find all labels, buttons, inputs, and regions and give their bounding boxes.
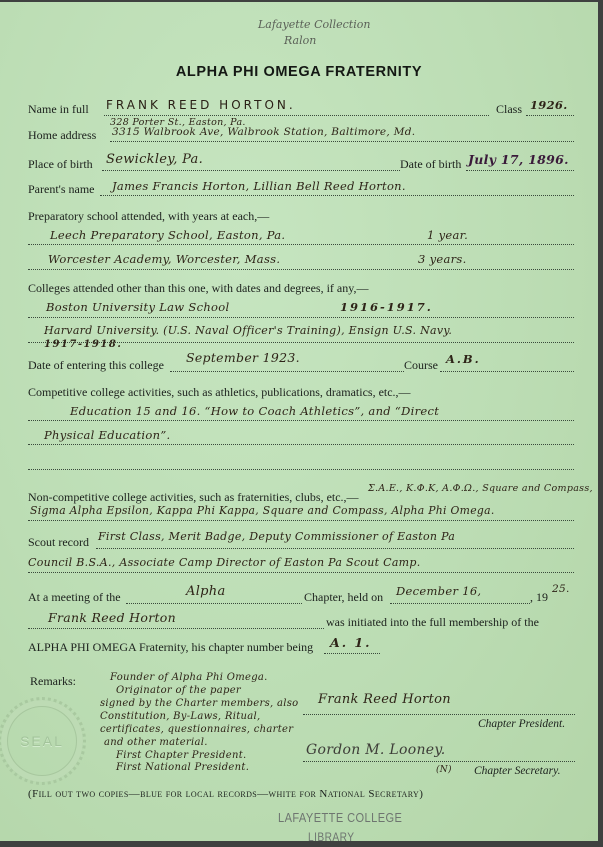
date-of-birth-label: Date of birth <box>400 157 461 172</box>
prep-school-1-years: 1 year. <box>427 228 468 242</box>
college-2: Harvard University. (U.S. Naval Officer'… <box>44 324 452 337</box>
remarks-label: Remarks: <box>30 674 76 689</box>
prep-school-line-1 <box>28 244 574 245</box>
secretary-line <box>303 761 575 762</box>
seal-text: SEAL <box>20 733 64 749</box>
chapter-held-label: Chapter, held on <box>304 590 383 605</box>
initiated-text: was initiated into the full membership o… <box>326 615 539 630</box>
scout-record-line2: Council B.S.A., Associate Camp Director … <box>28 556 421 569</box>
remarks-line-4: Constitution, By-Laws, Ritual, <box>100 711 261 722</box>
class-label: Class <box>496 102 522 117</box>
colleges-label: Colleges attended other than this one, w… <box>28 281 368 296</box>
secretary-role: Chapter Secretary. <box>474 765 560 777</box>
home-address-line <box>110 141 574 142</box>
date-of-birth-value: July 17, 1896. <box>468 152 569 167</box>
remarks-line-2: Originator of the paper <box>116 685 241 696</box>
college-2-dates: 1917-1918. <box>44 339 122 350</box>
non-competitive-inline: Σ.Α.Ε., Κ.Φ.Κ, Α.Φ.Ω., Square and Compas… <box>368 483 593 494</box>
remarks-line-1: Founder of Alpha Phi Omega. <box>110 672 268 683</box>
prep-school-label: Preparatory school attended, with years … <box>28 209 269 224</box>
year-prefix: , 19 <box>530 590 548 605</box>
parents-name-label: Parent's name <box>28 182 94 197</box>
secretary-mark: (N) <box>436 765 452 775</box>
chapter-number: A. 1. <box>330 635 371 650</box>
competitive-dots-2 <box>28 444 574 445</box>
prep-school-line-2 <box>28 269 574 270</box>
place-of-birth-label: Place of birth <box>28 157 93 172</box>
embossed-seal: SEAL <box>0 697 86 785</box>
non-competitive-dots <box>28 520 574 521</box>
remarks-line-5: certificates, questionnaires, charter <box>100 724 293 735</box>
date-line <box>390 603 530 604</box>
fraternity-text: ALPHA PHI OMEGA Fraternity, his chapter … <box>28 640 313 655</box>
date-entering-value: September 1923. <box>186 350 300 365</box>
course-value: A.B. <box>446 352 481 366</box>
president-line <box>303 714 575 715</box>
course-label: Course <box>404 358 438 373</box>
name-label: Name in full <box>28 102 89 117</box>
competitive-label: Competitive college activities, such as … <box>28 385 411 400</box>
year-suffix: 25. <box>552 583 570 595</box>
date-of-birth-line <box>466 170 574 171</box>
competitive-line1: Education 15 and 16. “How to Coach Athle… <box>70 404 439 418</box>
archive-note-line2: Ralon <box>284 34 316 47</box>
place-of-birth-line <box>102 170 400 171</box>
remarks-line-6: and other material. <box>104 737 208 748</box>
prep-school-2: Worcester Academy, Worcester, Mass. <box>48 252 280 266</box>
membership-form: Lafayette Collection Ralon ALPHA PHI OME… <box>0 2 598 841</box>
chapter-number-line <box>324 653 380 654</box>
competitive-line2: Physical Education”. <box>44 428 170 442</box>
remarks-line-7: First Chapter President. <box>116 750 247 761</box>
meeting-date: December 16, <box>396 584 481 598</box>
date-entering-line <box>170 371 404 372</box>
member-name: Frank Reed Horton <box>48 610 176 625</box>
competitive-dots-3 <box>28 469 574 470</box>
footer-note: (Fill out two copies—blue for local reco… <box>28 788 423 800</box>
meeting-prefix: At a meeting of the <box>28 590 121 605</box>
name-line <box>104 115 489 116</box>
remarks-line-8: First National President. <box>116 762 249 773</box>
name-value: FRANK REED HORTON. <box>106 98 296 112</box>
scout-record-label: Scout record <box>28 535 89 550</box>
prep-school-1: Leech Preparatory School, Easton, Pa. <box>50 228 285 242</box>
chapter-name: Alpha <box>186 584 226 599</box>
scout-record-line1: First Class, Merit Badge, Deputy Commiss… <box>98 530 455 543</box>
college-1: Boston University Law School <box>46 300 229 314</box>
non-competitive-label: Non-competitive college activities, such… <box>28 490 359 505</box>
scout-record-line <box>96 548 574 549</box>
form-title: ALPHA PHI OMEGA FRATERNITY <box>0 64 598 80</box>
competitive-dots-1 <box>28 420 574 421</box>
college-1-dates: 1916-1917. <box>340 300 433 314</box>
class-line <box>526 115 574 116</box>
date-entering-label: Date of entering this college <box>28 358 164 373</box>
archive-note-line1: Lafayette Collection <box>258 18 370 31</box>
library-stamp-line2: LIBRARY <box>308 830 354 844</box>
colleges-line-1 <box>28 317 574 318</box>
parents-name-value: James Francis Horton, Lillian Bell Reed … <box>112 179 406 193</box>
president-role: Chapter President. <box>478 718 565 730</box>
chapter-line <box>126 603 302 604</box>
course-line <box>440 371 574 372</box>
non-competitive-line2: Sigma Alpha Epsilon, Kappa Phi Kappa, Sq… <box>30 504 495 517</box>
class-value: 1926. <box>530 98 568 112</box>
parents-name-line <box>100 195 574 196</box>
scout-record-dots <box>28 572 574 573</box>
president-signature: Frank Reed Horton <box>318 692 451 707</box>
home-address-label: Home address <box>28 128 96 143</box>
library-stamp-line1: LAFAYETTE COLLEGE <box>278 810 402 825</box>
secretary-signature: Gordon M. Looney. <box>306 742 445 758</box>
place-of-birth-value: Sewickley, Pa. <box>106 152 203 167</box>
prep-school-2-years: 3 years. <box>418 252 467 266</box>
remarks-line-3: signed by the Charter members, also <box>100 698 298 709</box>
member-name-line <box>28 628 324 629</box>
home-address-value: 3315 Walbrook Ave, Walbrook Station, Bal… <box>112 126 415 138</box>
